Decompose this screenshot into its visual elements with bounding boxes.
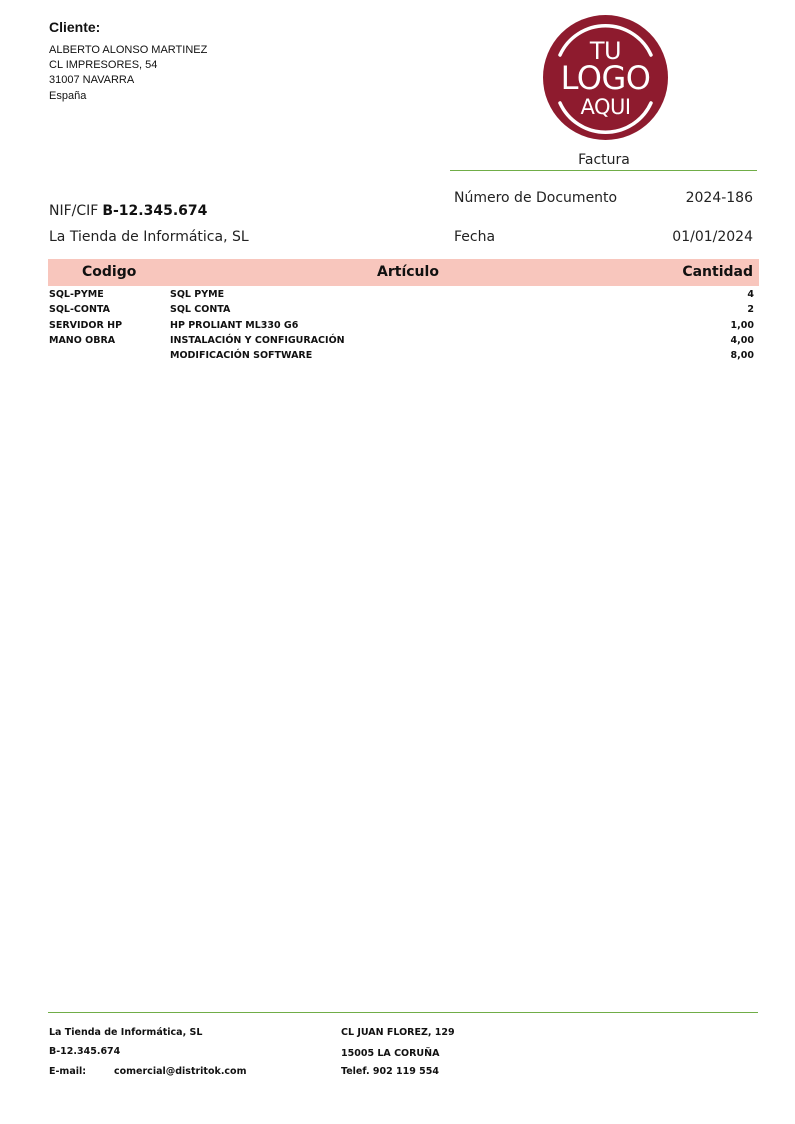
footer-company: La Tienda de Informática, SL — [49, 1027, 202, 1038]
company-logo: TU LOGO AQUI — [543, 15, 668, 140]
footer-city: 15005 LA CORUÑA — [341, 1048, 439, 1059]
logo-line-3: AQUI — [543, 95, 668, 119]
table-row: MANO OBRA INSTALACIÓN Y CONFIGURACIÓN 4,… — [49, 335, 754, 350]
row-article: MODIFICACIÓN SOFTWARE — [170, 350, 312, 361]
footer-email-label: E-mail: — [49, 1066, 86, 1077]
footer-phone: Telef. 902 119 554 — [341, 1066, 439, 1077]
document-number-label: Número de Documento — [454, 190, 617, 206]
row-code: SQL-CONTA — [49, 304, 110, 315]
document-number-value: 2024-186 — [686, 190, 753, 206]
row-code: MANO OBRA — [49, 335, 115, 346]
row-quantity: 4 — [747, 289, 754, 300]
client-address: CL IMPRESORES, 54 — [49, 59, 157, 72]
row-article: SQL PYME — [170, 289, 224, 300]
column-header-quantity: Cantidad — [682, 264, 753, 280]
nif-value: B-12.345.674 — [102, 203, 207, 219]
row-code: SERVIDOR HP — [49, 320, 122, 331]
items-table-body: SQL-PYME SQL PYME 4 SQL-CONTA SQL CONTA … — [49, 289, 754, 365]
row-quantity: 1,00 — [731, 320, 754, 331]
row-article: INSTALACIÓN Y CONFIGURACIÓN — [170, 335, 345, 346]
document-date-value: 01/01/2024 — [672, 229, 753, 245]
row-code: SQL-PYME — [49, 289, 104, 300]
footer-email[interactable]: comercial@distritok.com — [114, 1066, 247, 1077]
client-name: ALBERTO ALONSO MARTINEZ — [49, 44, 207, 57]
row-quantity: 8,00 — [731, 350, 754, 361]
row-article: SQL CONTA — [170, 304, 230, 315]
table-row: SERVIDOR HP HP PROLIANT ML330 G6 1,00 — [49, 320, 754, 335]
table-row: SQL-PYME SQL PYME 4 — [49, 289, 754, 304]
footer-divider — [48, 1012, 758, 1013]
client-title: Cliente: — [49, 19, 100, 35]
table-row: SQL-CONTA SQL CONTA 2 — [49, 304, 754, 319]
issuer-company: La Tienda de Informática, SL — [49, 229, 249, 245]
document-date-label: Fecha — [454, 229, 495, 245]
issuer-nif: NIF/CIFB-12.345.674 — [49, 203, 207, 219]
nif-label: NIF/CIF — [49, 203, 98, 219]
client-country: España — [49, 90, 86, 103]
table-row: MODIFICACIÓN SOFTWARE 8,00 — [49, 350, 754, 365]
row-quantity: 4,00 — [731, 335, 754, 346]
row-article: HP PROLIANT ML330 G6 — [170, 320, 298, 331]
footer-nif: B-12.345.674 — [49, 1046, 120, 1057]
footer-address: CL JUAN FLOREZ, 129 — [341, 1027, 455, 1038]
row-quantity: 2 — [747, 304, 754, 315]
header-divider — [450, 170, 757, 171]
column-header-article: Artículo — [48, 264, 768, 280]
document-type: Factura — [450, 152, 758, 168]
logo-line-2: LOGO — [543, 59, 668, 97]
client-city: 31007 NAVARRA — [49, 74, 134, 87]
items-table-header: Codigo Artículo Cantidad — [48, 259, 759, 286]
